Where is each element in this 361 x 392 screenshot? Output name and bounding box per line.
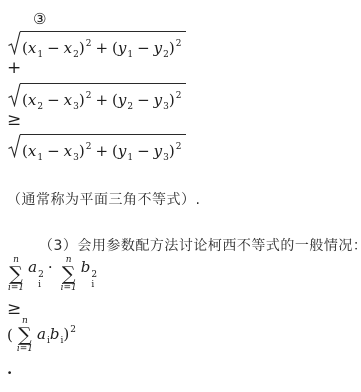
math-symbol: b [81,258,91,276]
math-row: b2i [81,258,97,291]
summation-sigma: n∑i=1 [17,316,33,354]
math-token: )2 [169,39,182,57]
math-token: x2 [28,91,43,109]
math-symbol: x [28,39,36,57]
sub-sup-stack: 2i [91,271,97,291]
sum-lower-limit: i=1 [17,344,33,354]
summation-sigma: n∑i=1 [8,255,24,293]
math-token: − [133,91,154,109]
math-symbol: + [95,39,108,57]
math-symbol: x [28,142,36,160]
math-token: − [133,142,154,160]
math-token: )2 [63,325,76,343]
math-symbol: − [47,91,60,109]
math-symbol: + [95,91,108,109]
superscript: 2 [176,39,182,49]
math-token: )2 [79,91,92,109]
math-symbol: − [47,142,60,160]
math-token: + [91,91,112,109]
sigma-glyph: ∑ [18,326,32,344]
trailing-period: . [7,360,12,378]
math-token: + [91,39,112,57]
math-symbol: y [118,39,126,57]
superscript: 2 [91,271,97,281]
math-symbol: + [95,142,108,160]
math-symbol: y [154,91,162,109]
math-row: (x1−x3)2+(y1−y3)2 [22,142,181,160]
math-symbol: x [28,91,36,109]
math-symbol: − [137,91,150,109]
greater-equal-operator: ≥ [7,110,21,130]
formula-distance-p2p3: (x2−x3)2+(y2−y3)2 [8,83,186,116]
math-token: y3 [154,91,169,109]
radicand: (x1−x3)2+(y1−y3)2 [20,134,186,167]
sub-sup-stack: 2i [38,271,44,291]
math-token: )2 [169,142,182,160]
math-token: x2 [64,39,79,57]
radicand: (x1−x2)2+(y1−y2)2 [20,31,186,64]
math-symbol: ( [7,326,13,344]
plus-operator: + [7,58,21,78]
math-token: )2 [79,39,92,57]
math-symbol: y [118,142,126,160]
radicand: (x2−x3)2+(y2−y3)2 [20,83,186,116]
math-symbol: x [64,91,72,109]
math-symbol: ) [79,39,85,57]
superscript: 2 [176,142,182,152]
superscript: 2 [176,91,182,101]
math-token: b2i [81,258,97,276]
math-token: x3 [64,91,79,109]
math-symbol: x [64,39,72,57]
formula-sum-of-squares-product: n∑i=1a2i·n∑i=1b2i [8,255,97,293]
math-symbol: ) [79,91,85,109]
math-token: y2 [154,39,169,57]
math-token: ai [37,325,50,343]
section-3-heading: （3）会用参数配方法讨论柯西不等式的一般情况： [39,235,361,255]
math-symbol: ) [169,39,175,57]
square-root: (x1−x2)2+(y1−y2)2 [8,31,186,64]
math-symbol: y [118,91,126,109]
subscript: i [38,281,41,291]
formula-distance-p1p2: (x1−x2)2+(y1−y2)2 [8,31,186,64]
math-token: ( [7,326,13,344]
math-token: − [43,39,64,57]
math-symbol: − [137,39,150,57]
math-token: y1 [118,142,133,160]
math-token: · [44,258,57,276]
math-symbol: a [37,325,46,343]
sum-lower-limit: i=1 [8,283,24,293]
math-symbol: ) [169,142,175,160]
math-symbol: a [28,258,37,276]
math-token: x1 [28,39,43,57]
summation-sigma: n∑i=1 [61,255,77,293]
math-token: − [133,39,154,57]
math-token: x3 [64,142,79,160]
math-token: bi [50,325,64,343]
item-number-circled-3: ③ [33,10,46,28]
math-row: ( [7,326,13,344]
math-token: + [91,142,112,160]
math-symbol: ) [79,142,85,160]
sum-lower-limit: i=1 [61,283,77,293]
math-symbol: y [154,142,162,160]
math-token: )2 [169,91,182,109]
math-token: y1 [118,39,133,57]
math-symbol: − [47,39,60,57]
math-row: a2i· [28,258,56,291]
math-symbol: ) [169,91,175,109]
math-row: (x2−x3)2+(y2−y3)2 [22,91,181,109]
math-token: a2i [28,258,44,276]
math-symbol: ) [63,325,69,343]
math-symbol: b [50,325,60,343]
math-symbol: y [154,39,162,57]
superscript: 2 [38,271,44,281]
square-root: (x1−x3)2+(y1−y3)2 [8,134,186,167]
math-symbol: · [48,258,53,276]
note-plane-triangle-inequality: （通常称为平面三角不等式）. [7,189,200,209]
math-token: )2 [79,142,92,160]
math-symbol: − [137,142,150,160]
document-page: ③ (x1−x2)2+(y1−y2)2 + (x2−x3)2+(y2−y3)2 … [0,0,361,392]
square-root: (x2−x3)2+(y2−y3)2 [8,83,186,116]
math-token: x1 [28,142,43,160]
math-row: aibi)2 [37,321,76,350]
sigma-glyph: ∑ [9,265,23,283]
formula-distance-p1p3: (x1−x3)2+(y1−y3)2 [8,134,186,167]
math-symbol: x [64,142,72,160]
math-row: (x1−x2)2+(y1−y2)2 [22,39,181,57]
sigma-glyph: ∑ [62,265,76,283]
math-token: − [43,142,64,160]
math-token: y2 [118,91,133,109]
subscript: i [91,281,94,291]
math-token: y3 [154,142,169,160]
formula-sum-of-products-squared: (n∑i=1aibi)2 [7,316,76,354]
superscript: 2 [70,325,76,335]
math-token: − [43,91,64,109]
